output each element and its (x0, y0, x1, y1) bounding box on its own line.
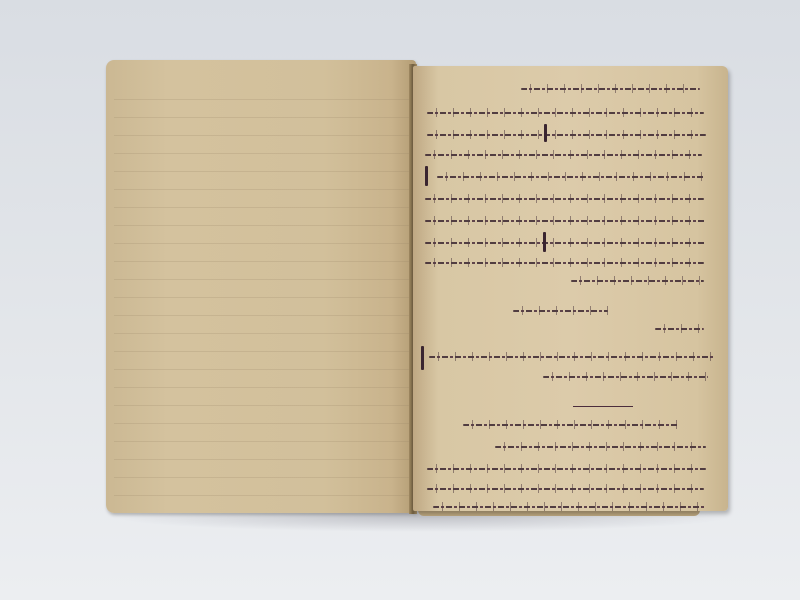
handwriting-line (437, 176, 704, 178)
handwriting-line (427, 112, 704, 114)
handwriting-line (425, 262, 704, 264)
handwriting-line (655, 328, 704, 330)
handwriting-line (571, 280, 704, 282)
handwriting-line (521, 88, 700, 90)
margin-bracket (421, 346, 424, 370)
section-heading (513, 310, 608, 312)
left-page-blank: Blank ruled page (106, 60, 416, 513)
margin-bracket (425, 166, 428, 186)
handwriting-line (425, 198, 704, 200)
ruled-lines (114, 82, 410, 499)
handwriting-line (425, 154, 702, 156)
handwriting-line (429, 356, 714, 358)
handwriting-line (425, 242, 706, 244)
section-title (463, 424, 678, 426)
handwriting-line (427, 468, 706, 470)
handwriting-line (433, 506, 706, 508)
handwriting-line (425, 220, 706, 222)
handwriting-line (427, 134, 706, 136)
right-page-handwritten: Handwritten page in Ottoman Turkish (Ara… (413, 66, 728, 511)
article-line (495, 446, 706, 448)
handwriting-line (427, 488, 704, 490)
handwritten-text (423, 74, 718, 503)
divider (573, 406, 633, 407)
margin-bracket (544, 124, 547, 142)
handwriting-line (543, 376, 708, 378)
